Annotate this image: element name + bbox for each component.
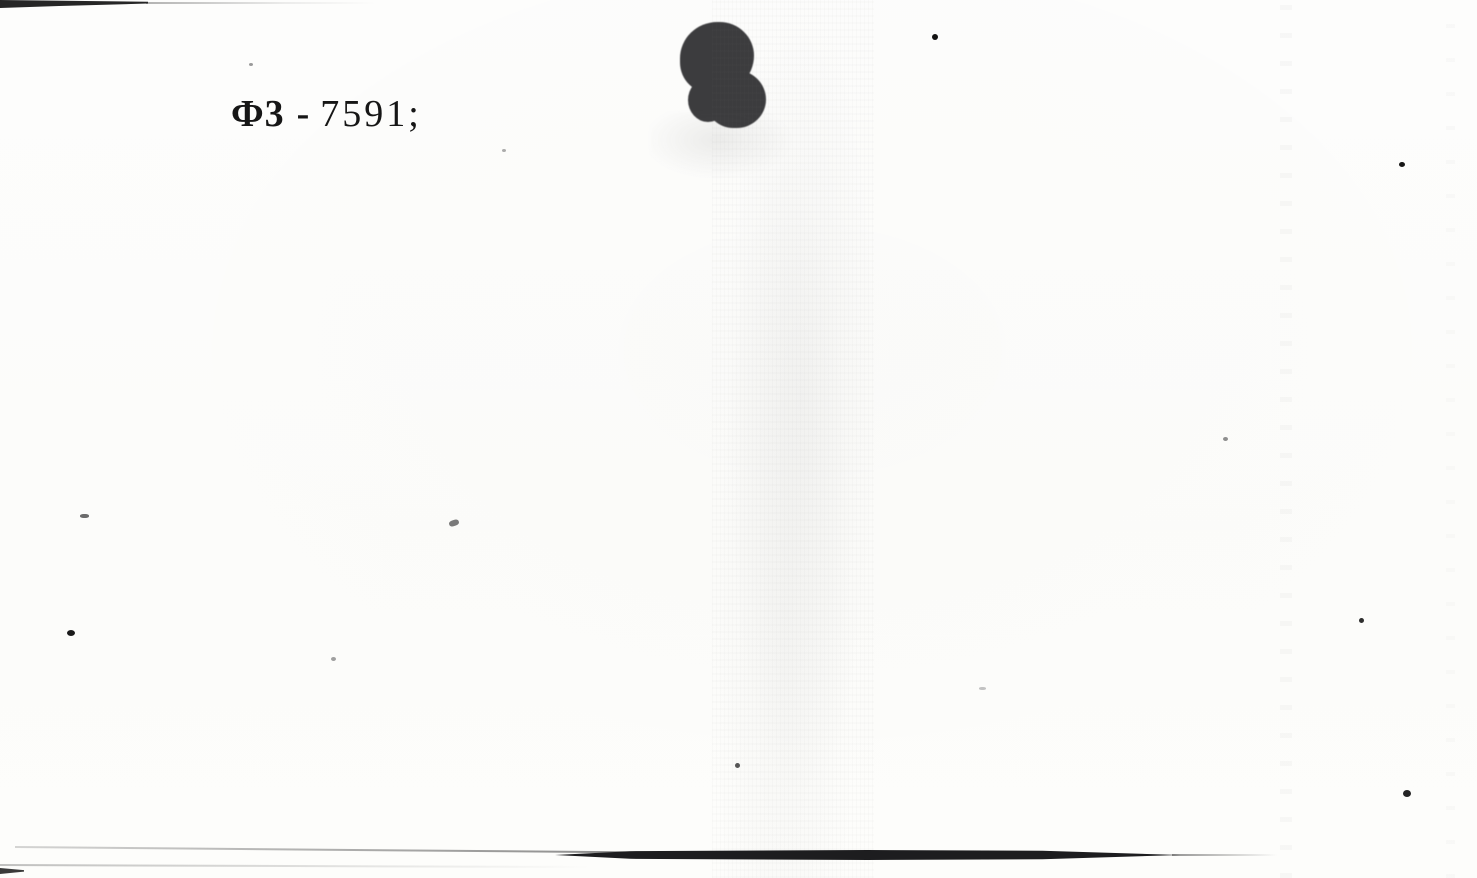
bottom-left-corner-mark [0,868,24,874]
scan-speck [1359,618,1364,623]
catalog-code-separator: - [297,93,311,135]
bottom-scan-line-thin [15,846,650,854]
scan-speck [80,514,89,518]
scan-speck [1403,790,1411,797]
scanner-streak-band-center [712,0,874,878]
catalog-code-stamp: Ф3-7591; [231,90,422,138]
scan-speck [932,34,938,40]
top-edge-scan-bar [0,0,148,8]
scan-speck [735,763,740,768]
catalog-code-prefix: Ф3 [231,93,285,135]
scan-speck [502,149,506,152]
catalog-code-number: 7591; [320,93,422,135]
scan-speck [1399,162,1405,167]
scanner-streak-band-far-right [1446,0,1455,878]
scan-speck [67,630,75,636]
scan-speck [1223,437,1228,441]
scan-speck [979,687,986,690]
bottom-scan-bar-tail [1172,854,1277,856]
scan-speck [249,63,253,66]
scanner-streak-band-right [1280,0,1292,878]
top-edge-scan-bar-tail [146,2,376,4]
scan-speck [331,657,336,661]
bottom-scan-line-faint [0,864,590,868]
scanned-document-page: Ф3-7591; [0,0,1477,878]
bottom-scan-bar [555,850,1180,860]
scan-speck [448,519,459,528]
